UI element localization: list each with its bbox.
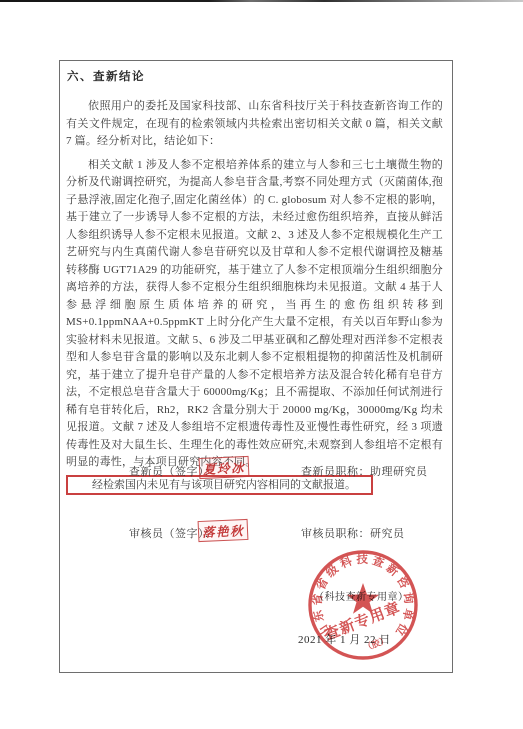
checker-title-label: 查新员职称：	[301, 466, 370, 478]
reviewer-signature-seal: 落艳秋	[198, 519, 249, 542]
reviewer-title-row: 审核员职称：研究员	[301, 525, 405, 541]
checker-title-value: 助理研究员	[370, 466, 428, 478]
report-page: 六、查新结论 依照用户的委托及国家科技部、山东省科技厅关于科技查新咨询工作的有关…	[0, 0, 523, 729]
seal-sub-text: （胶）	[362, 634, 389, 652]
conclusion-intro-paragraph: 依照用户的委托及国家科技部、山东省科技厅关于科技查新咨询工作的有关文件规定，在现…	[66, 98, 443, 151]
scan-edge-line	[0, 0, 523, 2]
checker-title-row: 查新员职称：助理研究员	[301, 463, 428, 479]
section-title: 六、查新结论	[67, 68, 443, 84]
reviewer-title-label: 审核员职称：	[301, 528, 370, 540]
official-seal-stamp: 山东省省级科技查新咨询单位 查新专用章 （胶）	[301, 543, 425, 667]
checker-signature-seal: 夏玲冰	[199, 456, 250, 479]
reviewer-title-value: 研究员	[370, 528, 405, 540]
conclusion-section-box: 六、查新结论 依照用户的委托及国家科技部、山东省科技厅关于科技查新咨询工作的有关…	[59, 60, 453, 673]
literature-analysis-paragraph: 相关文献 1 涉及人参不定根培养体系的建立与人参和三七土壤微生物的分析及代谢调控…	[66, 157, 443, 472]
